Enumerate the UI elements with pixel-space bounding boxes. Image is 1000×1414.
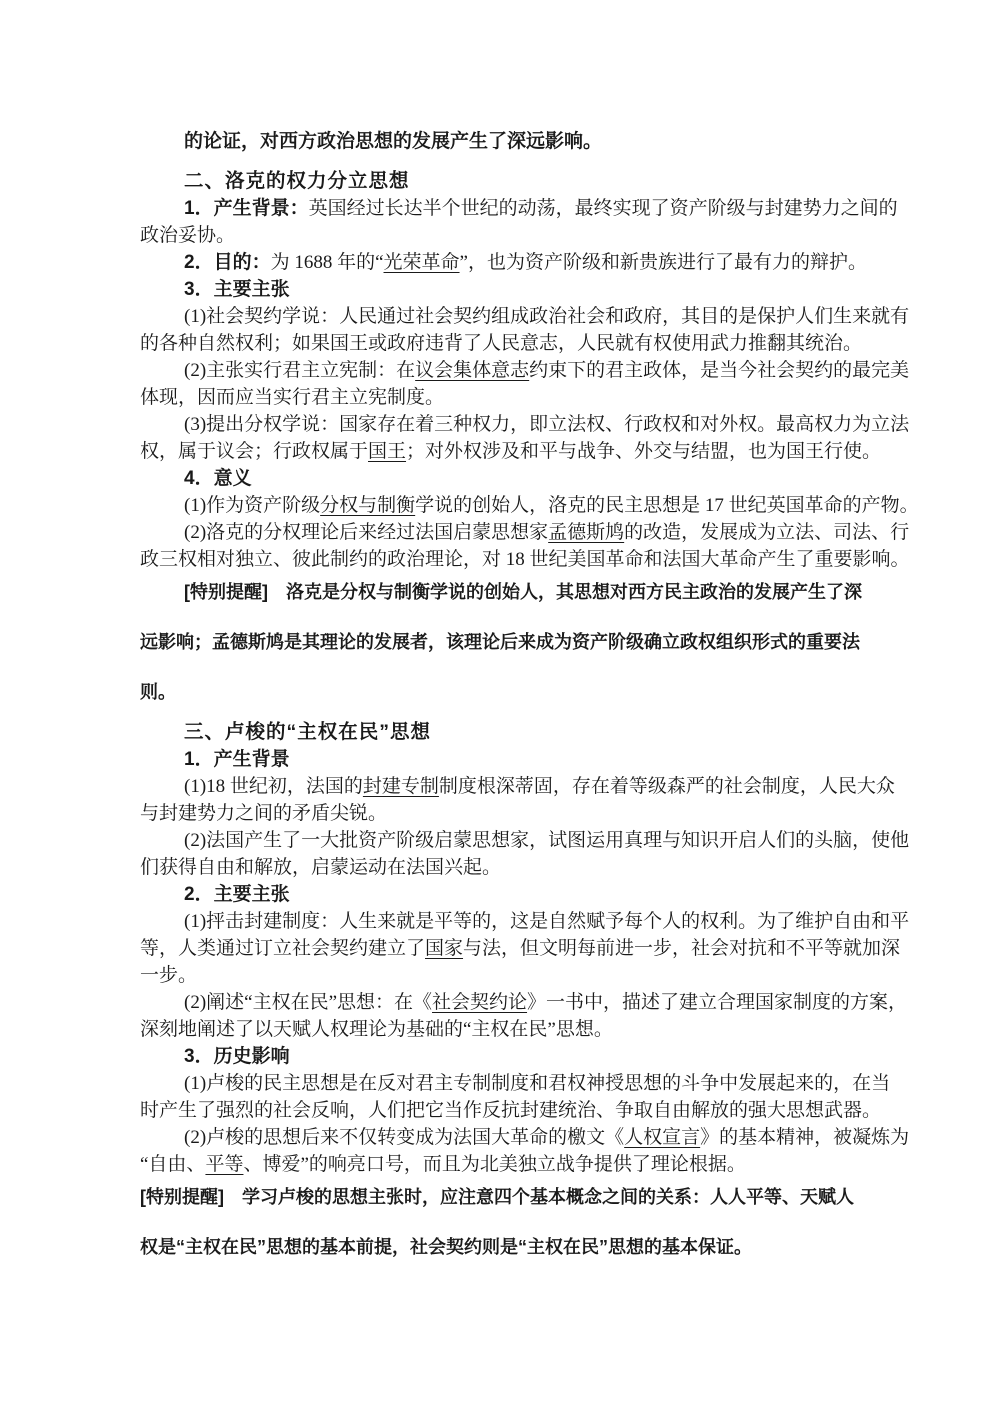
- bold-label: 二、洛克的权力分立思想: [184, 170, 410, 192]
- text-line: 体现，因而应当实行君主立宪制度。: [140, 388, 444, 407]
- bold-label: [特别提醒]: [184, 582, 268, 602]
- text-line: 时产生了强烈的社会反响，人们把它当作反抗封建统治、争取自由解放的强大思想武器。: [140, 1101, 881, 1120]
- text-line: 1．产生背景: [184, 750, 290, 769]
- text-line: 的各种自然权利；如果国王或政府违背了人民意志，人民就有权使用武力推翻其统治。: [140, 334, 862, 353]
- text-segment: 时产生了强烈的社会反响，人们把它当作反抗封建统治、争取自由解放的强大思想武器。: [140, 1100, 881, 1121]
- bold-label: 3．历史影响: [184, 1046, 290, 1067]
- text-segment: 政治妥协。: [140, 225, 235, 246]
- text-segment: ”，也为资产阶级和新贵族进行了最有力的辩护。: [460, 252, 867, 273]
- bold-label: 三、卢梭的“主权在民”思想: [184, 721, 431, 743]
- text-segment: (1)卢梭的民主思想是在反对君主专制制度和君权神授思想的斗争中发展起来的，在当: [184, 1073, 890, 1094]
- text-segment: (2)卢梭的思想后来不仅转变成为法国大革命的檄文《: [184, 1127, 624, 1148]
- bold-label: 则。: [140, 682, 176, 702]
- note-line: 远影响；孟德斯鸠是其理论的发展者，该理论后来成为资产阶级确立政权组织形式的重要法: [140, 633, 860, 652]
- text-line: 政治妥协。: [140, 226, 235, 245]
- bold-label: 1．产生背景：: [184, 198, 309, 219]
- text-line: 们获得自由和解放，启蒙运动在法国兴起。: [140, 858, 501, 877]
- text-line: 深刻地阐述了以天赋人权理论为基础的“主权在民”思想。: [140, 1020, 613, 1039]
- text-segment: 体现，因而应当实行君主立宪制度。: [140, 387, 444, 408]
- text-line: 3．历史影响: [184, 1047, 290, 1066]
- text-segment: (1)作为资产阶级: [184, 495, 320, 516]
- text-segment: 政三权相对独立、彼此制约的政治理论，对 18 世纪美国革命和法国大革命产生了重要…: [140, 549, 910, 570]
- text-segment: (1)抨击封建制度：人生来就是平等的，这是自然赋予每个人的权利。为了维护自由和平: [184, 911, 909, 932]
- bold-label: 3．主要主张: [184, 279, 290, 300]
- text-segment: 》一书中，描述了建立合理国家制度的方案，: [527, 992, 907, 1013]
- underlined-term: 光荣革命: [384, 252, 460, 273]
- text-segment: 一步。: [140, 965, 197, 986]
- text-segment: (3)提出分权学说：国家存在着三种权力，即立法权、行政权和对外权。最高权力为立法: [184, 414, 909, 435]
- bold-label: 2．主要主张: [184, 884, 290, 905]
- text-line: 2．主要主张: [184, 885, 290, 904]
- section-heading: 二、洛克的权力分立思想: [184, 172, 410, 192]
- text-line: (1)卢梭的民主思想是在反对君主专制制度和君权神授思想的斗争中发展起来的，在当: [184, 1074, 890, 1093]
- text-line: 等，人类通过订立社会契约建立了国家与法，但文明每前进一步，社会对抗和不平等就加深: [140, 939, 900, 958]
- text-line: (1)18 世纪初，法国的封建专制制度根深蒂固，存在着等级森严的社会制度，人民大…: [184, 777, 895, 796]
- note-line: 则。: [140, 683, 176, 702]
- text-segment: ；对外权涉及和平与战争、外交与结盟，也为国王行使。: [406, 441, 881, 462]
- underlined-term: 人权宣言: [624, 1127, 700, 1148]
- text-line: 1．产生背景：英国经过长达半个世纪的动荡，最终实现了资产阶级与封建势力之间的: [184, 199, 898, 218]
- text-segment: 制度根深蒂固，存在着等级森严的社会制度，人民大众: [439, 776, 895, 797]
- underlined-term: 社会契约论: [432, 992, 527, 1013]
- bold-label: 远影响；孟德斯鸠是其理论的发展者，该理论后来成为资产阶级确立政权组织形式的重要法: [140, 632, 860, 652]
- text-segment: (2)阐述“主权在民”思想：在《: [184, 992, 432, 1013]
- underlined-term: 分权与制衡: [320, 495, 415, 516]
- underlined-term: 国家: [425, 938, 463, 959]
- text-segment: 权，属于议会；行政权属于: [140, 441, 368, 462]
- text-line: (2)洛克的分权理论后来经过法国启蒙思想家孟德斯鸠的改造，发展成为立法、司法、行: [184, 523, 909, 542]
- text-line: (1)作为资产阶级分权与制衡学说的创始人，洛克的民主思想是 17 世纪英国革命的…: [184, 496, 919, 515]
- text-line: (1)抨击封建制度：人生来就是平等的，这是自然赋予每个人的权利。为了维护自由和平: [184, 912, 909, 931]
- text-segment: 约束下的君主政体，是当今社会契约的最完美: [529, 360, 909, 381]
- underlined-term: 封建专制: [363, 776, 439, 797]
- text-line: (3)提出分权学说：国家存在着三种权力，即立法权、行政权和对外权。最高权力为立法: [184, 415, 909, 434]
- text-line: 3．主要主张: [184, 280, 290, 299]
- text-line: “自由、平等、博爱”的响亮口号，而且为北美独立战争提供了理论根据。: [140, 1155, 746, 1174]
- text-line: (1)社会契约学说：人民通过社会契约组成政治社会和政府，其目的是保护人们生来就有: [184, 307, 909, 326]
- underlined-term: 平等: [205, 1154, 243, 1175]
- bold-label: 2．目的：: [184, 252, 271, 273]
- note-line: [特别提醒] 洛克是分权与制衡学说的创始人，其思想对西方民主政治的发展产生了深: [184, 583, 862, 602]
- bold-label: 洛克是分权与制衡学说的创始人，其思想对西方民主政治的发展产生了深: [268, 582, 862, 602]
- text-segment: 为 1688 年的“: [271, 252, 384, 273]
- text-segment: 的各种自然权利；如果国王或政府违背了人民意志，人民就有权使用武力推翻其统治。: [140, 333, 862, 354]
- bold-label: 学习卢梭的思想主张时，应注意四个基本概念之间的关系：人人平等、天赋人: [224, 1187, 854, 1207]
- text-segment: (2)洛克的分权理论后来经过法国启蒙思想家: [184, 522, 548, 543]
- text-segment: 与法，但文明每前进一步，社会对抗和不平等就加深: [463, 938, 900, 959]
- text-segment: 与封建势力之间的矛盾尖锐。: [140, 803, 387, 824]
- text-segment: 英国经过长达半个世纪的动荡，最终实现了资产阶级与封建势力之间的: [309, 198, 898, 219]
- text-segment: (1)18 世纪初，法国的: [184, 776, 363, 797]
- underlined-term: 议会集体意志: [415, 360, 529, 381]
- bold-label: 4．意义: [184, 468, 252, 489]
- text-segment: 们获得自由和解放，启蒙运动在法国兴起。: [140, 857, 501, 878]
- text-segment: (2)主张实行君主立宪制：在: [184, 360, 415, 381]
- text-line: 4．意义: [184, 469, 252, 488]
- text-segment: (1)社会契约学说：人民通过社会契约组成政治社会和政府，其目的是保护人们生来就有: [184, 306, 909, 327]
- text-line: (2)卢梭的思想后来不仅转变成为法国大革命的檄文《人权宣言》的基本精神，被凝炼为: [184, 1128, 909, 1147]
- document-page: 的论证，对西方政治思想的发展产生了深远影响。二、洛克的权力分立思想1．产生背景：…: [0, 0, 1000, 1414]
- text-segment: 等，人类通过订立社会契约建立了: [140, 938, 425, 959]
- text-line: 2．目的：为 1688 年的“光荣革命”，也为资产阶级和新贵族进行了最有力的辩护…: [184, 253, 867, 272]
- text-line: 一步。: [140, 966, 197, 985]
- text-segment: “自由、: [140, 1154, 205, 1175]
- text-line: 权，属于议会；行政权属于国王；对外权涉及和平与战争、外交与结盟，也为国王行使。: [140, 442, 881, 461]
- text-segment: 、博爱”的响亮口号，而且为北美独立战争提供了理论根据。: [243, 1154, 745, 1175]
- text-line: (2)阐述“主权在民”思想：在《社会契约论》一书中，描述了建立合理国家制度的方案…: [184, 993, 907, 1012]
- note-line: [特别提醒] 学习卢梭的思想主张时，应注意四个基本概念之间的关系：人人平等、天赋…: [140, 1188, 854, 1207]
- section-heading: 三、卢梭的“主权在民”思想: [184, 723, 431, 743]
- text-line: (2)主张实行君主立宪制：在议会集体意志约束下的君主政体，是当今社会契约的最完美: [184, 361, 909, 380]
- bold-label: 权是“主权在民”思想的基本前提，社会契约则是“主权在民”思想的基本保证。: [140, 1237, 752, 1257]
- text-line: 的论证，对西方政治思想的发展产生了深远影响。: [184, 132, 602, 151]
- underlined-term: 国王: [368, 441, 406, 462]
- text-segment: 》的基本精神，被凝炼为: [700, 1127, 909, 1148]
- text-line: 政三权相对独立、彼此制约的政治理论，对 18 世纪美国革命和法国大革命产生了重要…: [140, 550, 910, 569]
- text-segment: 深刻地阐述了以天赋人权理论为基础的“主权在民”思想。: [140, 1019, 613, 1040]
- bold-label: [特别提醒]: [140, 1187, 224, 1207]
- underlined-term: 孟德斯鸠: [548, 522, 624, 543]
- text-line: 与封建势力之间的矛盾尖锐。: [140, 804, 387, 823]
- text-segment: 的改造，发展成为立法、司法、行: [624, 522, 909, 543]
- text-segment: (2)法国产生了一大批资产阶级启蒙思想家，试图运用真理与知识开启人们的头脑，使他: [184, 830, 909, 851]
- text-segment: 学说的创始人，洛克的民主思想是 17 世纪英国革命的产物。: [415, 495, 919, 516]
- text-line: (2)法国产生了一大批资产阶级启蒙思想家，试图运用真理与知识开启人们的头脑，使他: [184, 831, 909, 850]
- note-line: 权是“主权在民”思想的基本前提，社会契约则是“主权在民”思想的基本保证。: [140, 1238, 752, 1257]
- bold-label: 的论证，对西方政治思想的发展产生了深远影响。: [184, 131, 602, 152]
- bold-label: 1．产生背景: [184, 749, 290, 770]
